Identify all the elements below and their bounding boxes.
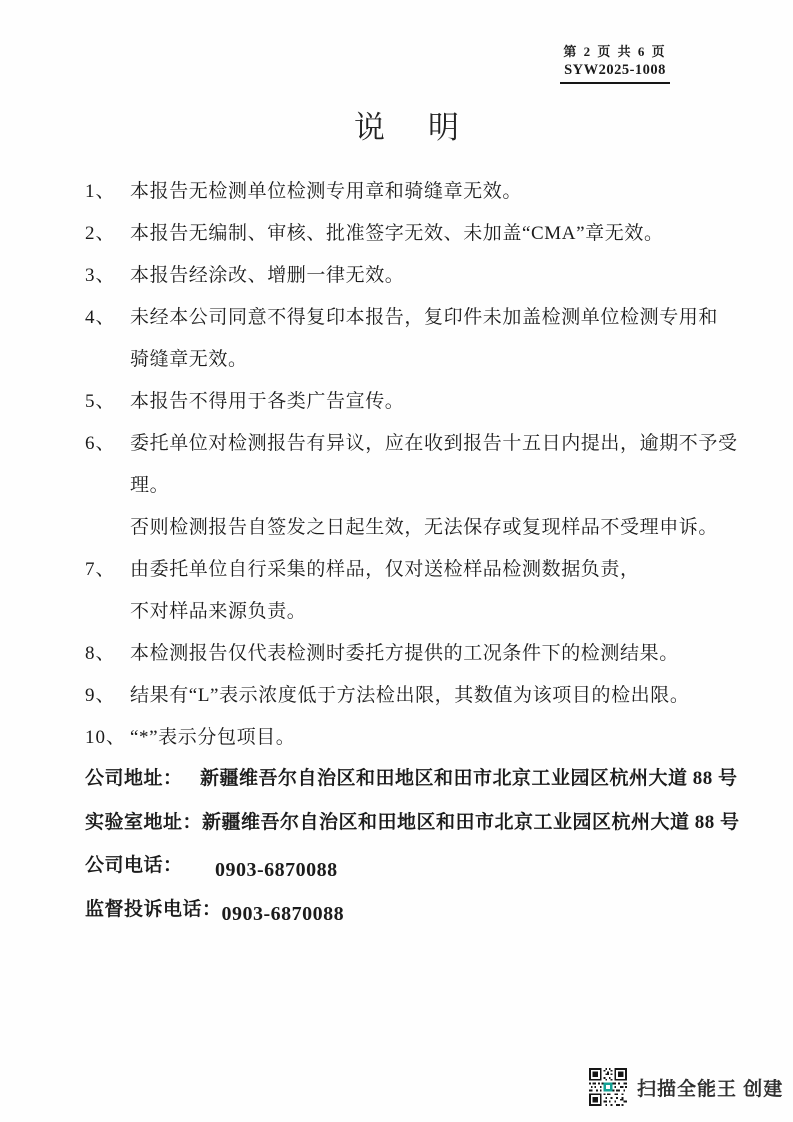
note-text: 本报告无检测单位检测专用章和骑缝章无效。: [130, 171, 522, 213]
note-number: 3、: [85, 255, 130, 297]
note-item: 4、 未经本公司同意不得复印本报告，复印件未加盖检测单位检测专用和 骑缝章无效。: [85, 297, 740, 381]
note-number: 2、: [85, 213, 130, 255]
page-title: 说 明: [0, 102, 793, 147]
note-text: 本报告不得用于各类广告宣传。: [130, 381, 404, 423]
note-number: 10、: [85, 717, 130, 759]
note-item: 5、 本报告不得用于各类广告宣传。: [85, 381, 740, 423]
note-number: 6、: [85, 423, 130, 465]
contact-label: 监督投诉电话：: [85, 888, 222, 932]
note-text: 结果有“L”表示浓度低于方法检出限，其数值为该项目的检出限。: [130, 675, 689, 717]
scanner-watermark: 扫描全能王 创建: [589, 1068, 783, 1106]
contact-value: 新疆维吾尔自治区和田地区和田市北京工业园区杭州大道 88 号: [202, 801, 740, 845]
contact-value: 0903-6870088: [215, 849, 338, 893]
qr-code-icon: [589, 1068, 627, 1106]
note-text: “*”表示分包项目。: [130, 717, 295, 759]
note-number: 9、: [85, 675, 130, 717]
note-text: 本报告经涂改、增删一律无效。: [130, 255, 404, 297]
note-text: 本报告无编制、审核、批准签字无效、未加盖“CMA”章无效。: [130, 213, 664, 255]
contact-value: 新疆维吾尔自治区和田地区和田市北京工业园区杭州大道 88 号: [200, 757, 738, 801]
contact-block: 公司地址： 新疆维吾尔自治区和田地区和田市北京工业园区杭州大道 88 号 实验室…: [85, 757, 745, 931]
note-number: 8、: [85, 633, 130, 675]
contact-value: 0903-6870088: [222, 893, 345, 937]
page-indicator: 第 2 页 共 6 页: [560, 44, 670, 60]
contact-label: 公司地址：: [85, 757, 200, 801]
note-item: 1、 本报告无检测单位检测专用章和骑缝章无效。: [85, 171, 740, 213]
contact-label: 实验室地址：: [85, 801, 202, 845]
note-text: 未经本公司同意不得复印本报告，复印件未加盖检测单位检测专用和 骑缝章无效。: [130, 297, 718, 381]
watermark-text: 扫描全能王 创建: [637, 1074, 783, 1101]
contact-label: 公司电话：: [85, 844, 215, 888]
contact-row-complaint-phone: 监督投诉电话： 0903-6870088: [85, 888, 745, 932]
note-number: 4、: [85, 297, 130, 339]
note-text: 委托单位对检测报告有异议，应在收到报告十五日内提出，逾期不予受理。 否则检测报告…: [130, 423, 740, 549]
note-item: 8、 本检测报告仅代表检测时委托方提供的工况条件下的检测结果。: [85, 633, 740, 675]
page-header: 第 2 页 共 6 页 SYW2025-1008: [560, 44, 670, 84]
note-text: 由委托单位自行采集的样品，仅对送检样品检测数据负责， 不对样品来源负责。: [130, 549, 640, 633]
contact-row-company-phone: 公司电话： 0903-6870088: [85, 844, 745, 888]
note-item: 2、 本报告无编制、审核、批准签字无效、未加盖“CMA”章无效。: [85, 213, 740, 255]
contact-row-company-address: 公司地址： 新疆维吾尔自治区和田地区和田市北京工业园区杭州大道 88 号: [85, 757, 745, 801]
note-text: 本检测报告仅代表检测时委托方提供的工况条件下的检测结果。: [130, 633, 679, 675]
notes-list: 1、 本报告无检测单位检测专用章和骑缝章无效。 2、 本报告无编制、审核、批准签…: [85, 171, 740, 759]
report-number: SYW2025-1008: [560, 61, 670, 84]
note-item: 7、 由委托单位自行采集的样品，仅对送检样品检测数据负责， 不对样品来源负责。: [85, 549, 740, 633]
note-item: 10、 “*”表示分包项目。: [85, 717, 740, 759]
contact-row-lab-address: 实验室地址： 新疆维吾尔自治区和田地区和田市北京工业园区杭州大道 88 号: [85, 801, 745, 845]
note-item: 6、 委托单位对检测报告有异议，应在收到报告十五日内提出，逾期不予受理。 否则检…: [85, 423, 740, 549]
note-item: 9、 结果有“L”表示浓度低于方法检出限，其数值为该项目的检出限。: [85, 675, 740, 717]
note-number: 7、: [85, 549, 130, 591]
note-number: 1、: [85, 171, 130, 213]
note-item: 3、 本报告经涂改、增删一律无效。: [85, 255, 740, 297]
note-number: 5、: [85, 381, 130, 423]
